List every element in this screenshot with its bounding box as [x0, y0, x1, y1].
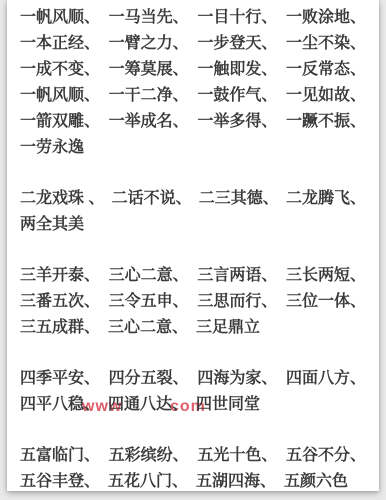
idiom: 两全其美 [20, 212, 84, 238]
idiom: 一见如故、 [286, 83, 366, 109]
idiom: 四通八达、 [108, 392, 188, 418]
idiom: 一举成名、 [109, 109, 189, 135]
idiom: 五颜六色 [284, 469, 348, 495]
idiom-list: 一帆风顺、一马当先、一目十行、一败涂地、一本正经、一臂之力、一步登天、一尘不染、… [7, 0, 379, 500]
idiom-line: 一帆风顺、一干二净、一鼓作气、一见如故、 [20, 83, 366, 109]
idiom: 一尘不染、 [286, 31, 366, 57]
idiom-section-five: 五富临门、五彩缤纷、五光十色、五谷不分、五谷丰登、五花八门、五湖四海、五颜六色 [20, 443, 366, 495]
idiom-section-two: 二龙戏珠 、二话不说、二三其德、二龙腾飞、两全其美 [20, 186, 366, 238]
idiom: 三位一体、 [286, 289, 366, 315]
idiom-line: 二龙戏珠 、二话不说、二三其德、二龙腾飞、 [20, 186, 366, 212]
idiom: 一本正经、 [20, 31, 100, 57]
idiom-line: 三五成群、三心二意、三足鼎立 [20, 315, 366, 341]
idiom: 四平八稳、 [20, 392, 100, 418]
idiom-section-four: 四季平安、四分五裂、四海为家、四面八方、四平八稳、四通八达、四世同堂wwwcom [20, 366, 366, 418]
idiom: 五富临门、 [20, 443, 100, 469]
idiom-page: 一帆风顺、一马当先、一目十行、一败涂地、一本正经、一臂之力、一步登天、一尘不染、… [7, 0, 379, 491]
idiom: 四面八方、 [286, 366, 366, 392]
idiom-line: 一箭双雕、一举成名、一举多得、一蹶不振、 [20, 109, 366, 135]
idiom: 二话不说、 [112, 186, 192, 212]
idiom: 一目十行、 [197, 5, 277, 31]
idiom-line: 三番五次、三令五申、三思而行、三位一体、 [20, 289, 366, 315]
idiom: 三五成群、 [20, 315, 100, 341]
idiom: 三羊开泰、 [20, 263, 100, 289]
idiom: 四世同堂 [196, 392, 260, 418]
idiom: 一败涂地、 [286, 5, 366, 31]
idiom-section-one: 一帆风顺、一马当先、一目十行、一败涂地、一本正经、一臂之力、一步登天、一尘不染、… [20, 5, 366, 161]
idiom: 五谷不分、 [286, 443, 366, 469]
idiom: 一反常态、 [286, 57, 366, 83]
idiom: 四季平安、 [20, 366, 100, 392]
idiom: 一箭双雕、 [20, 109, 100, 135]
idiom: 一帆风顺、 [20, 5, 100, 31]
idiom: 三言两语、 [197, 263, 277, 289]
idiom-line: 一帆风顺、一马当先、一目十行、一败涂地、 [20, 5, 366, 31]
idiom: 一臂之力、 [109, 31, 189, 57]
idiom: 一干二净、 [109, 83, 189, 109]
idiom: 五彩缤纷、 [109, 443, 189, 469]
idiom: 四分五裂、 [109, 366, 189, 392]
idiom: 二三其德、 [199, 186, 279, 212]
idiom: 五湖四海、 [196, 469, 276, 495]
idiom-line: 一劳永逸 [20, 135, 366, 161]
idiom-line: 两全其美 [20, 212, 366, 238]
idiom: 一马当先、 [109, 5, 189, 31]
idiom: 一步登天、 [197, 31, 277, 57]
idiom: 一触即发、 [197, 57, 277, 83]
idiom: 三长两短、 [286, 263, 366, 289]
idiom-line: 四季平安、四分五裂、四海为家、四面八方、 [20, 366, 366, 392]
idiom: 五谷丰登、 [20, 469, 100, 495]
idiom-line: 一本正经、一臂之力、一步登天、一尘不染、 [20, 31, 366, 57]
idiom-line: 五富临门、五彩缤纷、五光十色、五谷不分、 [20, 443, 366, 469]
idiom: 三思而行、 [197, 289, 277, 315]
idiom: 二龙腾飞、 [286, 186, 366, 212]
idiom: 二龙戏珠 、 [20, 186, 104, 212]
idiom: 一举多得、 [197, 109, 277, 135]
idiom: 三心二意、 [109, 263, 189, 289]
idiom-line: 四平八稳、四通八达、四世同堂wwwcom [20, 392, 366, 418]
idiom: 三心二意、 [108, 315, 188, 341]
idiom: 一鼓作气、 [197, 83, 277, 109]
idiom: 一帆风顺、 [20, 83, 100, 109]
idiom: 一劳永逸 [20, 135, 84, 161]
idiom: 一成不变、 [20, 57, 100, 83]
idiom-line: 三羊开泰、三心二意、三言两语、三长两短、 [20, 263, 366, 289]
idiom-line: 五谷丰登、五花八门、五湖四海、五颜六色 [20, 469, 366, 495]
idiom: 一蹶不振、 [286, 109, 366, 135]
idiom: 五花八门、 [108, 469, 188, 495]
idiom: 五光十色、 [197, 443, 277, 469]
idiom-line: 一成不变、一筹莫展、一触即发、一反常态、 [20, 57, 366, 83]
idiom: 三令五申、 [109, 289, 189, 315]
idiom-section-three: 三羊开泰、三心二意、三言两语、三长两短、三番五次、三令五申、三思而行、三位一体、… [20, 263, 366, 341]
idiom: 三足鼎立 [196, 315, 260, 341]
idiom: 四海为家、 [197, 366, 277, 392]
idiom: 一筹莫展、 [109, 57, 189, 83]
idiom: 三番五次、 [20, 289, 100, 315]
